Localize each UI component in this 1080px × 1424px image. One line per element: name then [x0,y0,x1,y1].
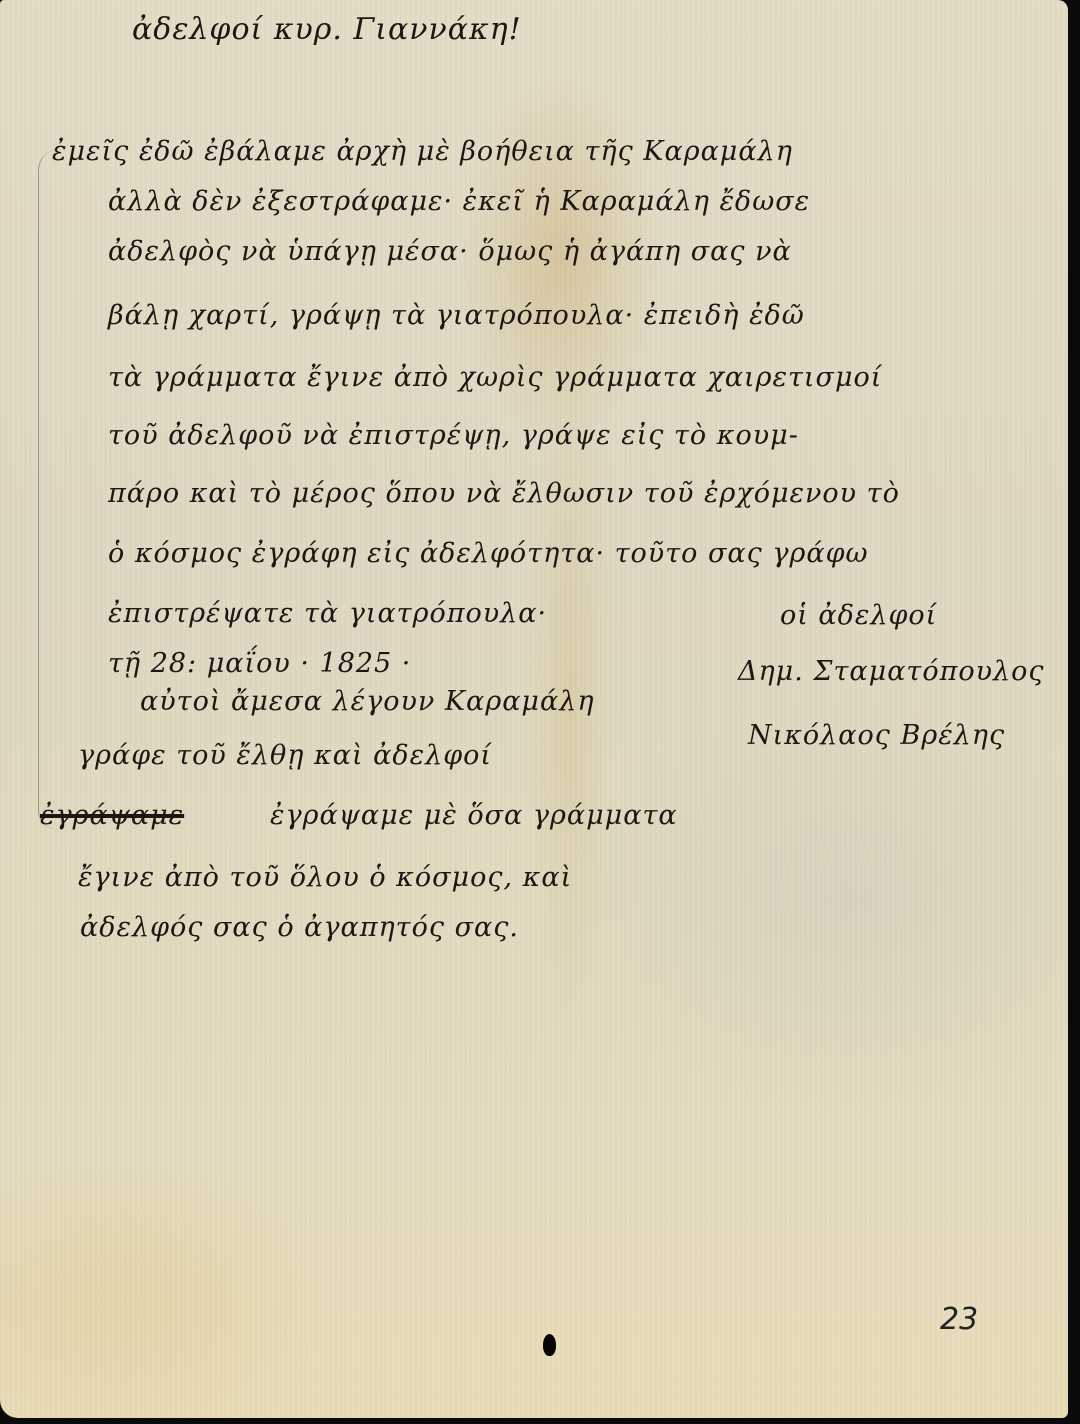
signature-2: Νικόλαος Βρέλης [748,720,1005,751]
body-line-2: ἀλλὰ δὲν ἐξεστράφαμε· ἐκεῖ ἡ Καραμάλη ἔδ… [108,186,810,217]
signature-1: Δημ. Σταματόπουλος [738,656,1045,687]
postscript-line-5: ἀδελφός σας ὁ ἀγαπητός σας. [80,912,519,943]
struck-word: ἐγράψαμε [40,800,184,831]
body-line-1: ἐμεῖς ἐδῶ ἐβάλαμε ἀρχὴ μὲ βοήθεια τῆς Κα… [52,136,793,167]
ink-blot [543,1334,556,1356]
page-number: 23 [940,1302,978,1337]
body-line-5: τὰ γράμματα ἔγινε ἀπὸ χωρὶς γράμματα χαι… [108,362,882,393]
body-line-3: ἀδελφὸς νὰ ὑπάγῃ μέσα· ὅμως ἡ ἀγάπη σας … [108,236,792,267]
postscript-line-4: ἔγινε ἀπὸ τοῦ ὅλου ὁ κόσμος, καὶ [78,862,572,893]
salutation: ἀδελφοί κυρ. Γιαννάκη! [132,12,522,47]
body-line-7: πάρο καὶ τὸ μέρος ὅπου νὰ ἔλθωσιν τοῦ ἐρ… [108,478,900,509]
manuscript-page: ἀδελφοί κυρ. Γιαννάκη! ἐμεῖς ἐδῶ ἐβάλαμε… [0,0,1068,1418]
body-line-8: ὁ κόσμος ἐγράφη εἰς ἀδελφότητα· τοῦτο σα… [108,538,869,569]
postscript-line-2: γράφε τοῦ ἔλθῃ καὶ ἀδελφοί [78,740,492,771]
postscript-line-1: αὐτοὶ ἄμεσα λέγουν Καραμάλη [140,686,595,717]
body-line-6: τοῦ ἀδελφοῦ νὰ ἐπιστρέψῃ, γράψε εἰς τὸ κ… [108,420,799,451]
postscript-line-3-rest: ἐγράψαμε μὲ ὅσα γράμματα [270,800,678,831]
postscript-line-3: ἐγράψαμε [40,800,184,831]
body-line-9: ἐπιστρέψατε τὰ γιατρόπουλα· [108,598,547,629]
date-line: τῇ 28: μαΐου · 1825 · [108,648,411,679]
closing: οἱ ἀδελφοί [780,600,937,631]
body-line-4: βάλῃ χαρτί, γράψῃ τὰ γιατρόπουλα· ἐπειδὴ… [108,300,805,331]
margin-fold-line [38,150,69,830]
